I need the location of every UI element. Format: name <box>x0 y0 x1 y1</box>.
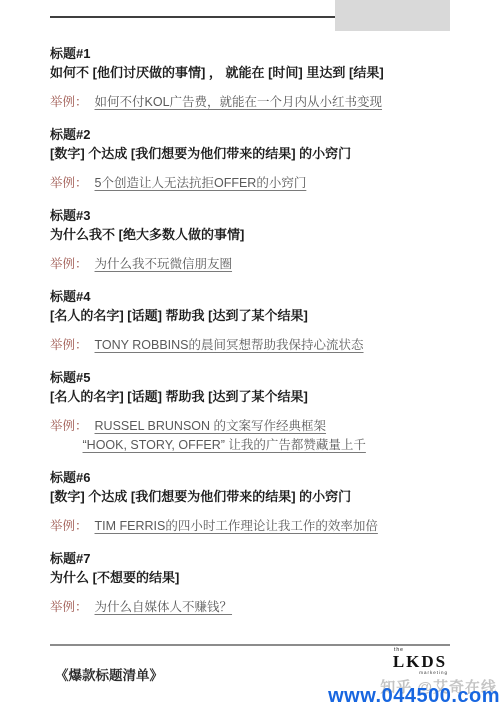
title-template: 为什么 [不想要的结果] <box>50 568 454 587</box>
title-section-6: 标题#6 [数字] 个达成 [我们想要为他们带来的结果] 的小窍门 举例： TI… <box>50 468 454 536</box>
document-title: 《爆款标题清单》 <box>55 664 163 684</box>
example-lines: 为什么自媒体人不赚钱？ <box>95 598 233 617</box>
example-label: 举例： <box>50 598 88 617</box>
section-heading: 标题#5 <box>50 368 454 387</box>
title-section-3: 标题#3 为什么我不 [绝大多数人做的事情] 举例： 为什么我不玩微信朋友圈 <box>50 206 454 274</box>
example-text: TIM FERRIS的四小时工作理论让我工作的效率加倍 <box>95 517 378 536</box>
title-section-7: 标题#7 为什么 [不想要的结果] 举例： 为什么自媒体人不赚钱？ <box>50 549 454 617</box>
title-template: [名人的名字] [话题] 帮助我 [达到了某个结果] <box>50 387 454 406</box>
bottom-horizontal-rule <box>50 644 450 646</box>
example-row: 举例： 5个创造让人无法抗拒OFFER的小窍门 <box>50 174 454 193</box>
example-text: RUSSEL BRUNSON 的文案写作经典框架 <box>95 417 366 436</box>
example-label: 举例： <box>50 517 88 536</box>
example-row: 举例： 如何不付KOL广告费，就能在一个月内从小红书变现 <box>50 93 454 112</box>
example-row: 举例： TONY ROBBINS的晨间冥想帮助我保持心流状态 <box>50 336 454 355</box>
example-row: 举例： RUSSEL BRUNSON 的文案写作经典框架 “HOOK, STOR… <box>50 417 454 455</box>
title-template: [数字] 个达成 [我们想要为他们带来的结果] 的小窍门 <box>50 144 454 163</box>
title-template: [名人的名字] [话题] 帮助我 [达到了某个结果] <box>50 306 454 325</box>
example-label: 举例： <box>50 255 88 274</box>
title-template: 为什么我不 [绝大多数人做的事情] <box>50 225 454 244</box>
example-label: 举例： <box>50 417 88 436</box>
example-lines: 为什么我不玩微信朋友圈 <box>95 255 233 274</box>
example-lines: 5个创造让人无法抗拒OFFER的小窍门 <box>95 174 307 193</box>
example-text: 为什么我不玩微信朋友圈 <box>95 255 233 274</box>
title-section-1: 标题#1 如何不 [他们讨厌做的事情] ， 就能在 [时间] 里达到 [结果] … <box>50 44 454 112</box>
title-section-2: 标题#2 [数字] 个达成 [我们想要为他们带来的结果] 的小窍门 举例： 5个… <box>50 125 454 193</box>
logo-main-text: LKDS <box>384 653 456 670</box>
title-checklist-content: 标题#1 如何不 [他们讨厌做的事情] ， 就能在 [时间] 里达到 [结果] … <box>50 44 454 630</box>
example-text: TONY ROBBINS的晨间冥想帮助我保持心流状态 <box>95 336 364 355</box>
section-heading: 标题#1 <box>50 44 454 63</box>
example-text-line2: “HOOK, STORY, OFFER” 让我的广告都赞藏量上千 <box>83 436 366 455</box>
document-page: 标题#1 如何不 [他们讨厌做的事情] ， 就能在 [时间] 里达到 [结果] … <box>0 0 500 707</box>
site-url-watermark: www.044500.com <box>328 685 500 707</box>
section-heading: 标题#7 <box>50 549 454 568</box>
example-label: 举例： <box>50 93 88 112</box>
example-text: 为什么自媒体人不赚钱？ <box>95 598 233 617</box>
top-right-gray-box <box>335 0 450 31</box>
section-heading: 标题#6 <box>50 468 454 487</box>
example-label: 举例： <box>50 174 88 193</box>
example-text: 如何不付KOL广告费，就能在一个月内从小红书变现 <box>95 93 383 112</box>
lkds-marketing-logo: the LKDS marketing <box>384 647 456 676</box>
example-text: 5个创造让人无法抗拒OFFER的小窍门 <box>95 174 307 193</box>
example-row: 举例： TIM FERRIS的四小时工作理论让我工作的效率加倍 <box>50 517 454 536</box>
example-lines: RUSSEL BRUNSON 的文案写作经典框架 “HOOK, STORY, O… <box>95 417 366 455</box>
title-template: [数字] 个达成 [我们想要为他们带来的结果] 的小窍门 <box>50 487 454 506</box>
example-row: 举例： 为什么我不玩微信朋友圈 <box>50 255 454 274</box>
title-template: 如何不 [他们讨厌做的事情] ， 就能在 [时间] 里达到 [结果] <box>50 63 454 82</box>
example-row: 举例： 为什么自媒体人不赚钱？ <box>50 598 454 617</box>
example-label: 举例： <box>50 336 88 355</box>
title-section-4: 标题#4 [名人的名字] [话题] 帮助我 [达到了某个结果] 举例： TONY… <box>50 287 454 355</box>
title-section-5: 标题#5 [名人的名字] [话题] 帮助我 [达到了某个结果] 举例： RUSS… <box>50 368 454 455</box>
example-lines: 如何不付KOL广告费，就能在一个月内从小红书变现 <box>95 93 383 112</box>
example-lines: TIM FERRIS的四小时工作理论让我工作的效率加倍 <box>95 517 378 536</box>
section-heading: 标题#4 <box>50 287 454 306</box>
example-lines: TONY ROBBINS的晨间冥想帮助我保持心流状态 <box>95 336 364 355</box>
top-horizontal-rule <box>50 16 335 18</box>
section-heading: 标题#2 <box>50 125 454 144</box>
section-heading: 标题#3 <box>50 206 454 225</box>
